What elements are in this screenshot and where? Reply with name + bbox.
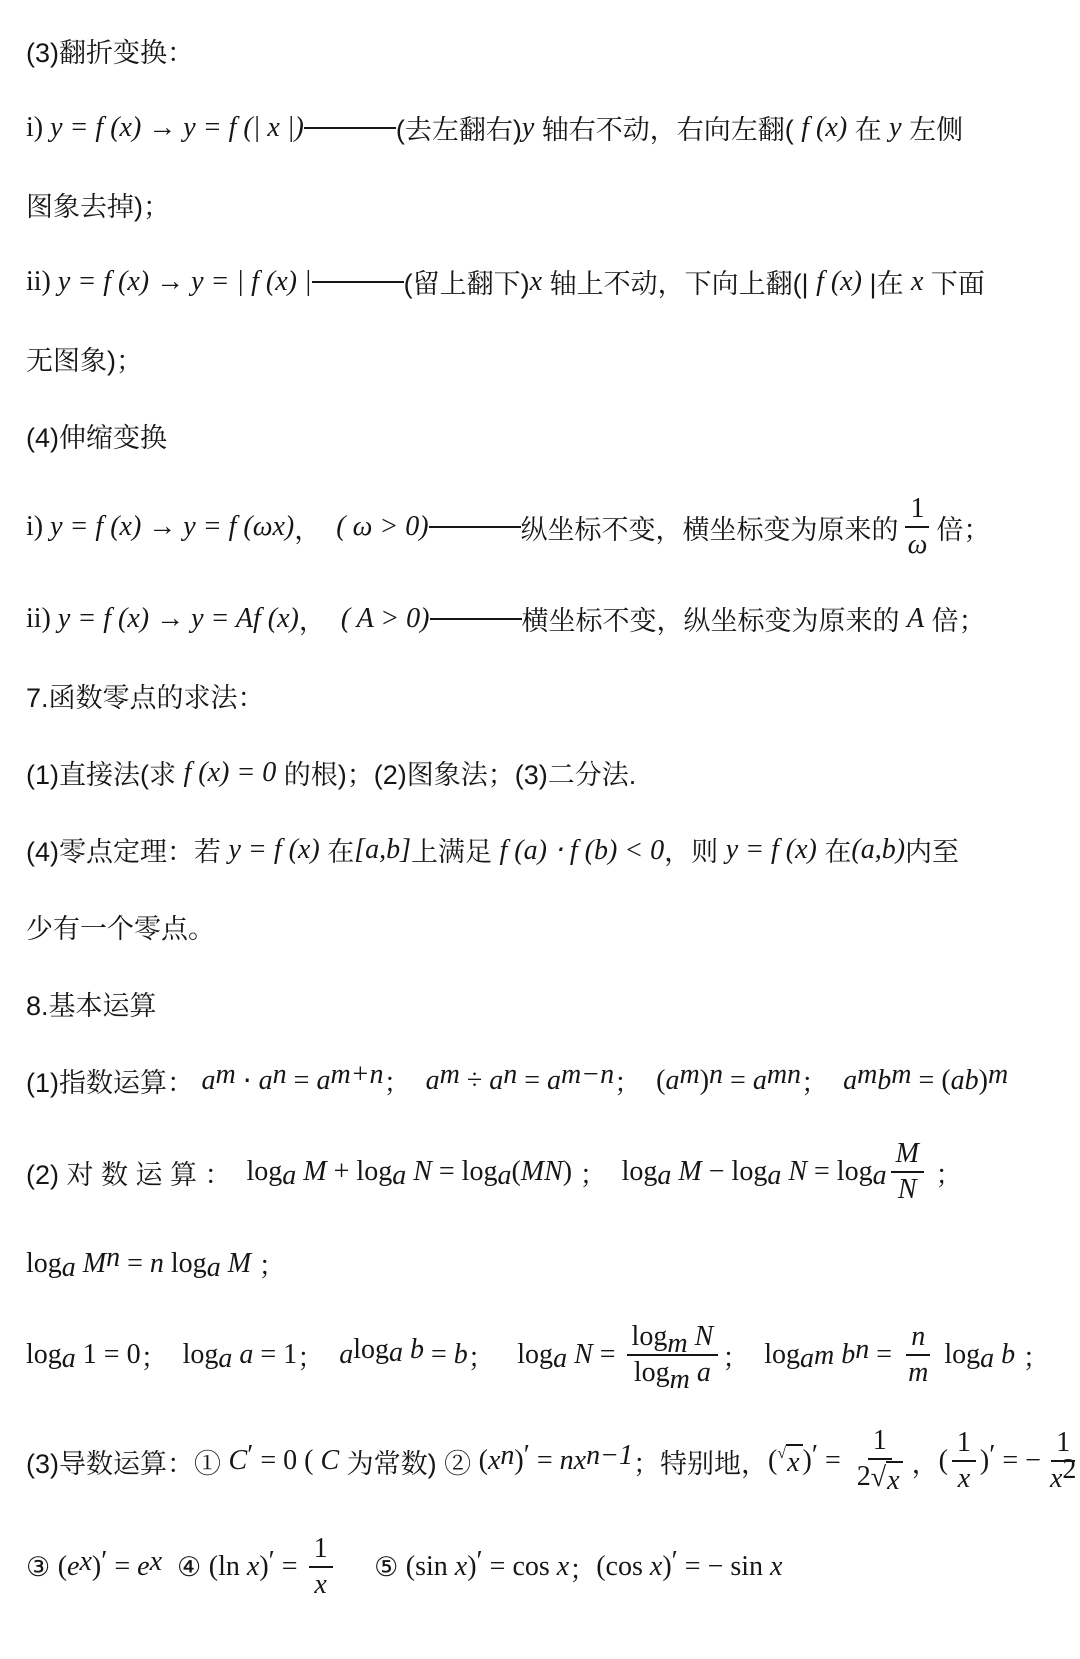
- text-run: 纵坐标不变，横坐标变为原来的: [521, 508, 899, 547]
- fraction: 1x2: [1045, 1427, 1080, 1495]
- math-run: =: [869, 1339, 899, 1371]
- text-run: ；: [384, 1061, 426, 1100]
- math-run: log: [353, 1334, 389, 1365]
- fraction: nm: [903, 1321, 933, 1389]
- math-run: mn: [767, 1059, 801, 1090]
- document-line: 7.函数零点的求法：: [26, 657, 1056, 734]
- math-run: a: [690, 1357, 711, 1389]
- math-run: (: [939, 1445, 948, 1477]
- math-run: x: [247, 1551, 259, 1583]
- text-run: ；: [1015, 1336, 1050, 1375]
- text-run: 无图象)；: [26, 339, 143, 378]
- math-run: log: [247, 1156, 283, 1188]
- fraction: MN: [891, 1138, 924, 1206]
- document-line: 少有一个零点。: [26, 888, 1056, 965]
- math-run: a: [282, 1160, 296, 1191]
- fraction-numerator: 1: [905, 493, 929, 528]
- text-run: ④: [162, 1552, 209, 1583]
- math-run: + log: [334, 1156, 393, 1188]
- fraction: 1ω: [903, 493, 933, 561]
- document-line: (4)零点定理：若 y = f (x) 在[a,b]上满足 f (a) ⋅ f …: [26, 811, 1056, 888]
- math-run: x: [530, 266, 542, 298]
- math-run: ): [803, 1445, 812, 1477]
- math-run: (: [479, 1445, 488, 1477]
- math-run: m: [891, 1059, 911, 1090]
- superscript: n: [500, 1440, 514, 1472]
- math-run: ): [563, 1156, 572, 1188]
- math-run: = 1: [253, 1339, 297, 1371]
- math-run: x: [488, 1445, 500, 1477]
- text-run: 的根)；(2)图象法；(3)二分法.: [276, 753, 636, 792]
- math-run: M: [76, 1248, 106, 1280]
- math-run: m−n: [561, 1059, 614, 1090]
- math-run: log: [634, 1357, 670, 1389]
- math-run: a: [316, 1065, 330, 1097]
- math-run: − log: [709, 1156, 768, 1188]
- document-line: ③ (ex)′ = ex ④ (ln x)′ = 1x ⑤ (sin x)′ =…: [26, 1514, 1056, 1620]
- math-run: 1: [314, 1533, 328, 1565]
- math-run: m+n: [330, 1059, 383, 1090]
- subscript: a: [282, 1160, 296, 1192]
- math-run: nx: [560, 1445, 586, 1477]
- math-run: m: [857, 1059, 877, 1090]
- document-line: 无图象)；: [26, 320, 1056, 397]
- math-run: ): [467, 1551, 476, 1583]
- superscript: ′: [812, 1440, 818, 1472]
- text-run: ；: [297, 1336, 339, 1375]
- text-run: 上满足: [411, 830, 500, 869]
- math-run: ′: [269, 1546, 275, 1577]
- superscript: ′: [989, 1440, 995, 1472]
- math-run: log: [517, 1339, 553, 1371]
- math-run: x: [314, 1569, 326, 1601]
- text-run: (3)翻折变换：: [26, 31, 194, 70]
- math-run: = 0 (: [253, 1445, 320, 1477]
- fraction-denominator: m: [903, 1356, 933, 1389]
- math-run: 2: [857, 1461, 871, 1493]
- math-run: b: [403, 1334, 424, 1365]
- math-run: a: [392, 1160, 406, 1191]
- math-run: x: [557, 1551, 569, 1583]
- text-run: ；: [572, 1153, 622, 1192]
- subscript: a: [553, 1343, 567, 1375]
- document-line: 8.基本运算: [26, 965, 1056, 1042]
- superscript: m−n: [561, 1059, 614, 1091]
- document-line: ii) y = f (x) → y = | f (x) |(留上翻下)x 轴上不…: [26, 243, 1056, 320]
- radical-sign-icon: √: [871, 1462, 886, 1498]
- subscript: a: [389, 1337, 403, 1369]
- text-run: ；特别地，: [633, 1442, 768, 1481]
- math-run: =: [287, 1065, 317, 1097]
- subscript: am: [800, 1343, 834, 1375]
- math-run: M: [671, 1156, 708, 1188]
- math-run: m: [908, 1357, 928, 1389]
- math-run: =: [120, 1248, 150, 1280]
- math-run: a: [497, 1160, 511, 1191]
- text-run: 少有一个零点。: [26, 907, 215, 946]
- math-run: A: [907, 603, 924, 635]
- math-run: log: [632, 1321, 668, 1353]
- text-run: (1)直接法(求: [26, 753, 184, 792]
- math-run: a: [665, 1065, 679, 1097]
- text-run: 在: [817, 830, 852, 869]
- math-run: =: [593, 1339, 623, 1371]
- math-run: = cos: [483, 1551, 557, 1583]
- fraction: 12√x: [852, 1425, 908, 1497]
- math-run: n: [106, 1242, 120, 1273]
- math-run: ): [662, 1551, 671, 1583]
- math-run: n: [150, 1248, 164, 1280]
- math-run: m: [216, 1059, 236, 1090]
- math-run: x: [150, 1546, 162, 1577]
- math-run: log: [183, 1339, 219, 1371]
- math-run: (cos: [596, 1551, 650, 1583]
- math-run: ′: [989, 1440, 995, 1471]
- math-run: n: [855, 1334, 869, 1365]
- math-run: y = f (x) → y = | f (x) |: [58, 266, 312, 298]
- text-run: (1)指数运算：: [26, 1061, 202, 1100]
- text-run: ；: [468, 1336, 518, 1375]
- math-run: a: [62, 1252, 76, 1283]
- radical-sign-icon: √: [777, 1445, 786, 1480]
- math-run: ii): [26, 266, 58, 298]
- math-run: log: [764, 1339, 800, 1371]
- math-run: y: [522, 112, 534, 144]
- fraction-denominator: logm a: [629, 1356, 716, 1389]
- math-run: x: [887, 1465, 899, 1496]
- fraction-denominator: x: [309, 1568, 331, 1601]
- math-run: n: [273, 1059, 287, 1090]
- superscript: m: [814, 1340, 834, 1372]
- math-run: n−1: [586, 1440, 633, 1471]
- document-line: loga Mn = n loga M ；: [26, 1225, 1056, 1302]
- document-line: (1)指数运算： am ⋅ an = am+n； am ÷ an = am−n；…: [26, 1042, 1056, 1119]
- math-run: =: [107, 1551, 137, 1583]
- math-run: i): [26, 511, 50, 543]
- math-run: log: [26, 1339, 62, 1371]
- text-run: 7.函数零点的求法：: [26, 676, 265, 715]
- fraction-numerator: logm N: [627, 1321, 719, 1356]
- math-run: a: [489, 1065, 503, 1097]
- math-run: n: [709, 1059, 723, 1090]
- math-run: x: [911, 266, 923, 298]
- math-run: i): [26, 112, 50, 144]
- math-run: ( ω > 0): [336, 511, 428, 543]
- superscript: ′: [269, 1546, 275, 1578]
- math-run: ): [980, 1445, 989, 1477]
- math-run: x: [958, 1463, 970, 1495]
- superscript: m: [216, 1059, 236, 1091]
- math-run: a: [202, 1065, 216, 1097]
- text-run: ，: [299, 599, 341, 638]
- fraction-numerator: 1: [868, 1425, 892, 1460]
- math-run: ): [259, 1551, 268, 1583]
- text-run: 下面: [923, 262, 985, 301]
- math-run: x: [770, 1551, 782, 1583]
- math-run: = − sin: [678, 1551, 770, 1583]
- math-run: e: [67, 1551, 79, 1583]
- square-root: √x: [871, 1461, 903, 1497]
- math-run: y = f (x) → y = f (| x |): [50, 112, 304, 144]
- math-run: a: [62, 1343, 76, 1374]
- math-run: a: [767, 1160, 781, 1191]
- text-run: (2) 对 数 运 算 ：: [26, 1153, 247, 1192]
- math-run: x: [1050, 1463, 1062, 1495]
- text-run: ；: [928, 1153, 963, 1192]
- fraction-denominator: ω: [903, 528, 933, 561]
- math-run: a: [339, 1339, 353, 1371]
- superscript: m: [988, 1059, 1008, 1091]
- math-run: y = f (x) → y = Af (x): [58, 603, 299, 635]
- superscript: ′: [524, 1440, 530, 1472]
- document-line: ii) y = f (x) → y = Af (x)， ( A > 0)横坐标不…: [26, 580, 1056, 657]
- text-run: 横坐标不变，纵坐标变为原来的: [522, 599, 908, 638]
- subscript: a: [62, 1343, 76, 1375]
- math-run: a: [553, 1343, 567, 1374]
- page: { "page": {"background": "#ffffff", "tex…: [0, 0, 1080, 1659]
- math-run: =: [424, 1339, 454, 1371]
- superscript: x: [79, 1546, 91, 1578]
- text-run: ，则: [664, 830, 726, 869]
- superscript: n: [855, 1334, 869, 1366]
- text-run: 轴右不动，右向左翻(: [534, 108, 801, 147]
- radicand: x: [786, 1444, 802, 1479]
- math-run: M: [221, 1248, 251, 1280]
- math-run: e: [137, 1551, 149, 1583]
- math-run: x: [650, 1551, 662, 1583]
- math-run: ′: [672, 1546, 678, 1577]
- math-run: log: [622, 1156, 658, 1188]
- math-run: = log: [439, 1156, 498, 1188]
- math-run: ii): [26, 603, 58, 635]
- math-run: MN: [521, 1156, 563, 1188]
- math-run: N: [406, 1156, 439, 1188]
- math-run: f (a) ⋅ f (b) < 0: [500, 833, 665, 867]
- math-run: m: [988, 1059, 1008, 1090]
- superscript: 2: [1062, 1454, 1076, 1486]
- math-run: a: [753, 1065, 767, 1097]
- math-run: y = f (x): [726, 834, 817, 866]
- text-run: ，: [912, 1442, 939, 1481]
- radicand: x: [886, 1461, 902, 1497]
- math-run: a: [259, 1065, 273, 1097]
- math-run: (ln: [209, 1551, 247, 1583]
- document-line: (3)翻折变换：: [26, 12, 1056, 89]
- horizontal-rule-dash: [430, 618, 522, 620]
- math-run: a: [547, 1065, 561, 1097]
- math-run: log: [937, 1339, 980, 1371]
- math-run: (sin: [406, 1551, 455, 1583]
- text-run: ；: [801, 1061, 843, 1100]
- subscript: a: [218, 1343, 232, 1375]
- math-run: f (x): [816, 266, 862, 298]
- superscript: m+n: [330, 1059, 383, 1091]
- math-run: b: [454, 1339, 468, 1371]
- text-run: ③: [26, 1552, 58, 1583]
- document-line: loga 1 = 0； loga a = 1； aloga b = b； log…: [26, 1302, 1056, 1408]
- math-run: =: [723, 1065, 753, 1097]
- superscript: n: [106, 1242, 120, 1274]
- math-run: = −: [995, 1445, 1041, 1477]
- fraction-denominator: 2√x: [852, 1460, 908, 1497]
- subscript: a: [873, 1160, 887, 1192]
- fraction: 1x: [309, 1533, 333, 1601]
- document-line: (3)导数运算：① C′ = 0 ( C 为常数) ② (xn)′ = nxn−…: [26, 1408, 1056, 1514]
- superscript: n: [709, 1059, 723, 1091]
- document-line: i) y = f (x) → y = f (| x |)(去左翻右)y 轴右不动…: [26, 89, 1056, 166]
- math-run: [a,b]: [354, 834, 411, 866]
- superscript: n−1: [586, 1440, 633, 1472]
- square-root: √x: [777, 1444, 802, 1479]
- math-run: m: [440, 1059, 460, 1090]
- fraction-numerator: 1: [952, 1427, 976, 1462]
- math-run: m: [670, 1364, 690, 1395]
- subscript: a: [207, 1252, 221, 1284]
- superscript: n: [503, 1059, 517, 1091]
- fraction: 1x: [952, 1427, 976, 1495]
- superscript: ′: [477, 1546, 483, 1578]
- math-run: 1: [873, 1425, 887, 1457]
- superscript: ′: [247, 1440, 253, 1472]
- text-run: ；: [251, 1244, 286, 1283]
- math-run: n: [500, 1440, 514, 1471]
- text-run: 图象去掉)；: [26, 185, 170, 224]
- math-run: a: [207, 1252, 221, 1283]
- text-run: ，: [294, 508, 336, 547]
- text-run: ；: [569, 1548, 596, 1587]
- superscript: mn: [767, 1059, 801, 1091]
- math-run: C: [320, 1445, 339, 1477]
- math-run: ab: [951, 1065, 979, 1097]
- subscript: m: [670, 1364, 690, 1396]
- math-run: M: [896, 1138, 919, 1170]
- math-run: ′: [101, 1546, 107, 1577]
- subscript: a: [497, 1160, 511, 1192]
- document-line: 图象去掉)；: [26, 166, 1056, 243]
- fraction-denominator: x2: [1045, 1462, 1080, 1495]
- fraction: logm Nlogm a: [627, 1321, 719, 1389]
- math-run: (: [768, 1445, 777, 1477]
- math-run: = (: [912, 1065, 951, 1097]
- math-run: N: [898, 1174, 917, 1206]
- math-run: b: [994, 1339, 1015, 1371]
- math-run: =: [530, 1445, 560, 1477]
- math-run: N: [781, 1156, 814, 1188]
- text-run: |在: [862, 262, 911, 301]
- math-run: a: [389, 1337, 403, 1368]
- math-run: ′: [477, 1546, 483, 1577]
- document-line: (2) 对 数 运 算 ： loga M + loga N = loga(MN)…: [26, 1119, 1056, 1225]
- math-run: a: [800, 1343, 814, 1374]
- math-run: f (x) = 0: [184, 757, 277, 789]
- document-line: (1)直接法(求 f (x) = 0 的根)；(2)图象法；(3)二分法.: [26, 734, 1056, 811]
- math-run: n: [911, 1321, 925, 1353]
- math-run: N: [567, 1339, 593, 1371]
- math-run: y = f (x) → y = f (ωx): [50, 511, 294, 543]
- subscript: a: [392, 1160, 406, 1192]
- math-run: a: [657, 1160, 671, 1191]
- math-run: ′: [524, 1440, 530, 1471]
- superscript: m: [679, 1059, 699, 1091]
- document-page: (3)翻折变换：i) y = f (x) → y = f (| x |)(去左翻…: [0, 0, 1080, 1620]
- math-run: x: [455, 1551, 467, 1583]
- math-run: 2: [1062, 1454, 1076, 1485]
- math-run: ⋅: [236, 1064, 259, 1098]
- math-run: m: [679, 1059, 699, 1090]
- superscript: m: [891, 1059, 911, 1091]
- fraction-denominator: x: [953, 1462, 975, 1495]
- math-run: m: [667, 1328, 687, 1359]
- math-run: ′: [812, 1440, 818, 1471]
- math-run: (: [656, 1065, 665, 1097]
- text-run: 左侧: [902, 108, 964, 147]
- math-run: =: [818, 1445, 848, 1477]
- superscript: m: [440, 1059, 460, 1091]
- math-run: a: [218, 1343, 232, 1374]
- math-run: 1: [910, 493, 924, 525]
- text-run: 在: [320, 830, 355, 869]
- text-run: 内至: [905, 830, 959, 869]
- superscript: x: [150, 1546, 162, 1578]
- text-run: 8.基本运算: [26, 984, 157, 1023]
- math-run: ′: [247, 1440, 253, 1471]
- text-run: 在: [847, 108, 889, 147]
- subscript: a: [767, 1160, 781, 1192]
- superscript: ′: [101, 1546, 107, 1578]
- text-run: 倍；: [924, 599, 986, 638]
- math-run: (: [58, 1551, 67, 1583]
- math-run: y = f (x): [229, 834, 320, 866]
- math-run: x: [787, 1447, 799, 1478]
- math-run: ÷: [460, 1065, 489, 1097]
- document-line: i) y = f (x) → y = f (ωx)， ( ω > 0)纵坐标不变…: [26, 474, 1056, 580]
- subscript: a: [980, 1343, 994, 1375]
- math-run: a: [232, 1339, 253, 1371]
- math-run: 1 = 0: [76, 1339, 141, 1371]
- superscript: ′: [672, 1546, 678, 1578]
- math-run: a: [843, 1065, 857, 1097]
- math-run: ): [92, 1551, 101, 1583]
- text-run: 为常数) ②: [339, 1442, 479, 1481]
- math-run: 1: [957, 1427, 971, 1459]
- math-run: f (x): [801, 112, 847, 144]
- superscript: n: [273, 1059, 287, 1091]
- math-run: log: [164, 1248, 207, 1280]
- math-run: ( A > 0): [341, 603, 430, 635]
- text-run: (去左翻右): [396, 108, 522, 147]
- math-run: a: [426, 1065, 440, 1097]
- math-run: =: [275, 1551, 305, 1583]
- math-run: n: [503, 1059, 517, 1090]
- horizontal-rule-dash: [304, 127, 396, 129]
- math-run: ): [514, 1445, 523, 1477]
- text-run: (4)零点定理：若: [26, 830, 229, 869]
- text-run: ；: [722, 1336, 764, 1375]
- text-run: 倍；: [936, 508, 990, 547]
- math-run: a: [980, 1343, 994, 1374]
- fraction-numerator: n: [906, 1321, 930, 1356]
- math-run: a: [873, 1160, 887, 1191]
- superscript: m: [857, 1059, 877, 1091]
- math-run: ): [700, 1065, 709, 1097]
- math-run: =: [517, 1065, 547, 1097]
- text-run: ；: [141, 1336, 183, 1375]
- math-run: C: [229, 1445, 248, 1477]
- fraction-numerator: M: [891, 1138, 924, 1173]
- math-run: x: [79, 1546, 91, 1577]
- math-run: b: [877, 1065, 891, 1097]
- math-run: m: [814, 1340, 834, 1371]
